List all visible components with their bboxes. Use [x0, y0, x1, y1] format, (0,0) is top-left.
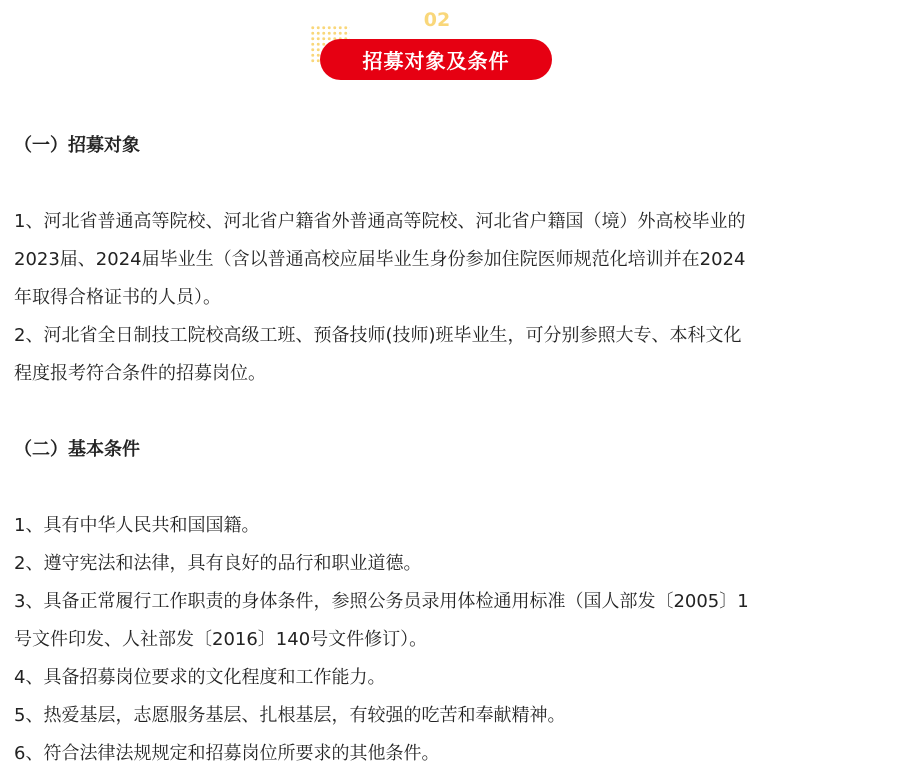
text-line: 6、符合法律法规规定和招募岗位所要求的其他条件。 — [14, 735, 439, 773]
section-header: 02 招募对象及条件 — [0, 0, 920, 90]
subheading-recruitment-targets: （一）招募对象 — [14, 134, 140, 158]
section-title-banner: 招募对象及条件 — [320, 39, 552, 80]
text-line: 2、河北省全日制技工院校高级工班、预备技师(技师)班毕业生，可分别参照大专、本科… — [14, 317, 742, 355]
condition-item-2: 2、遵守宪法和法律，具有良好的品行和职业道德。 — [14, 545, 421, 583]
section-title: 招募对象及条件 — [363, 45, 510, 74]
condition-item-4: 4、具备招募岗位要求的文化程度和工作能力。 — [14, 659, 385, 697]
text-line: 4、具备招募岗位要求的文化程度和工作能力。 — [14, 659, 385, 697]
target-item-2: 2、河北省全日制技工院校高级工班、预备技师(技师)班毕业生，可分别参照大专、本科… — [14, 317, 742, 393]
text-line: 1、河北省普通高等院校、河北省户籍省外普通高等院校、河北省户籍国（境）外高校毕业… — [14, 203, 745, 241]
text-line: 2、遵守宪法和法律，具有良好的品行和职业道德。 — [14, 545, 421, 583]
subheading-basic-conditions: （二）基本条件 — [14, 438, 140, 462]
text-line: 年取得合格证书的人员）。 — [14, 279, 745, 317]
text-line: 2023届、2024届毕业生（含以普通高校应届毕业生身份参加住院医师规范化培训并… — [14, 241, 745, 279]
text-line: 1、具有中华人民共和国国籍。 — [14, 507, 259, 545]
condition-item-6: 6、符合法律法规规定和招募岗位所要求的其他条件。 — [14, 735, 439, 773]
condition-item-3: 3、具备正常履行工作职责的身体条件，参照公务员录用体检通用标准（国人部发〔200… — [14, 583, 749, 659]
condition-item-5: 5、热爱基层，志愿服务基层、扎根基层，有较强的吃苦和奉献精神。 — [14, 697, 565, 735]
target-item-1: 1、河北省普通高等院校、河北省户籍省外普通高等院校、河北省户籍国（境）外高校毕业… — [14, 203, 745, 317]
text-line: 3、具备正常履行工作职责的身体条件，参照公务员录用体检通用标准（国人部发〔200… — [14, 583, 749, 621]
section-number: 02 — [412, 8, 462, 32]
text-line: 号文件印发、人社部发〔2016〕140号文件修订）。 — [14, 621, 749, 659]
condition-item-1: 1、具有中华人民共和国国籍。 — [14, 507, 259, 545]
text-line: 5、热爱基层，志愿服务基层、扎根基层，有较强的吃苦和奉献精神。 — [14, 697, 565, 735]
text-line: 程度报考符合条件的招募岗位。 — [14, 355, 742, 393]
